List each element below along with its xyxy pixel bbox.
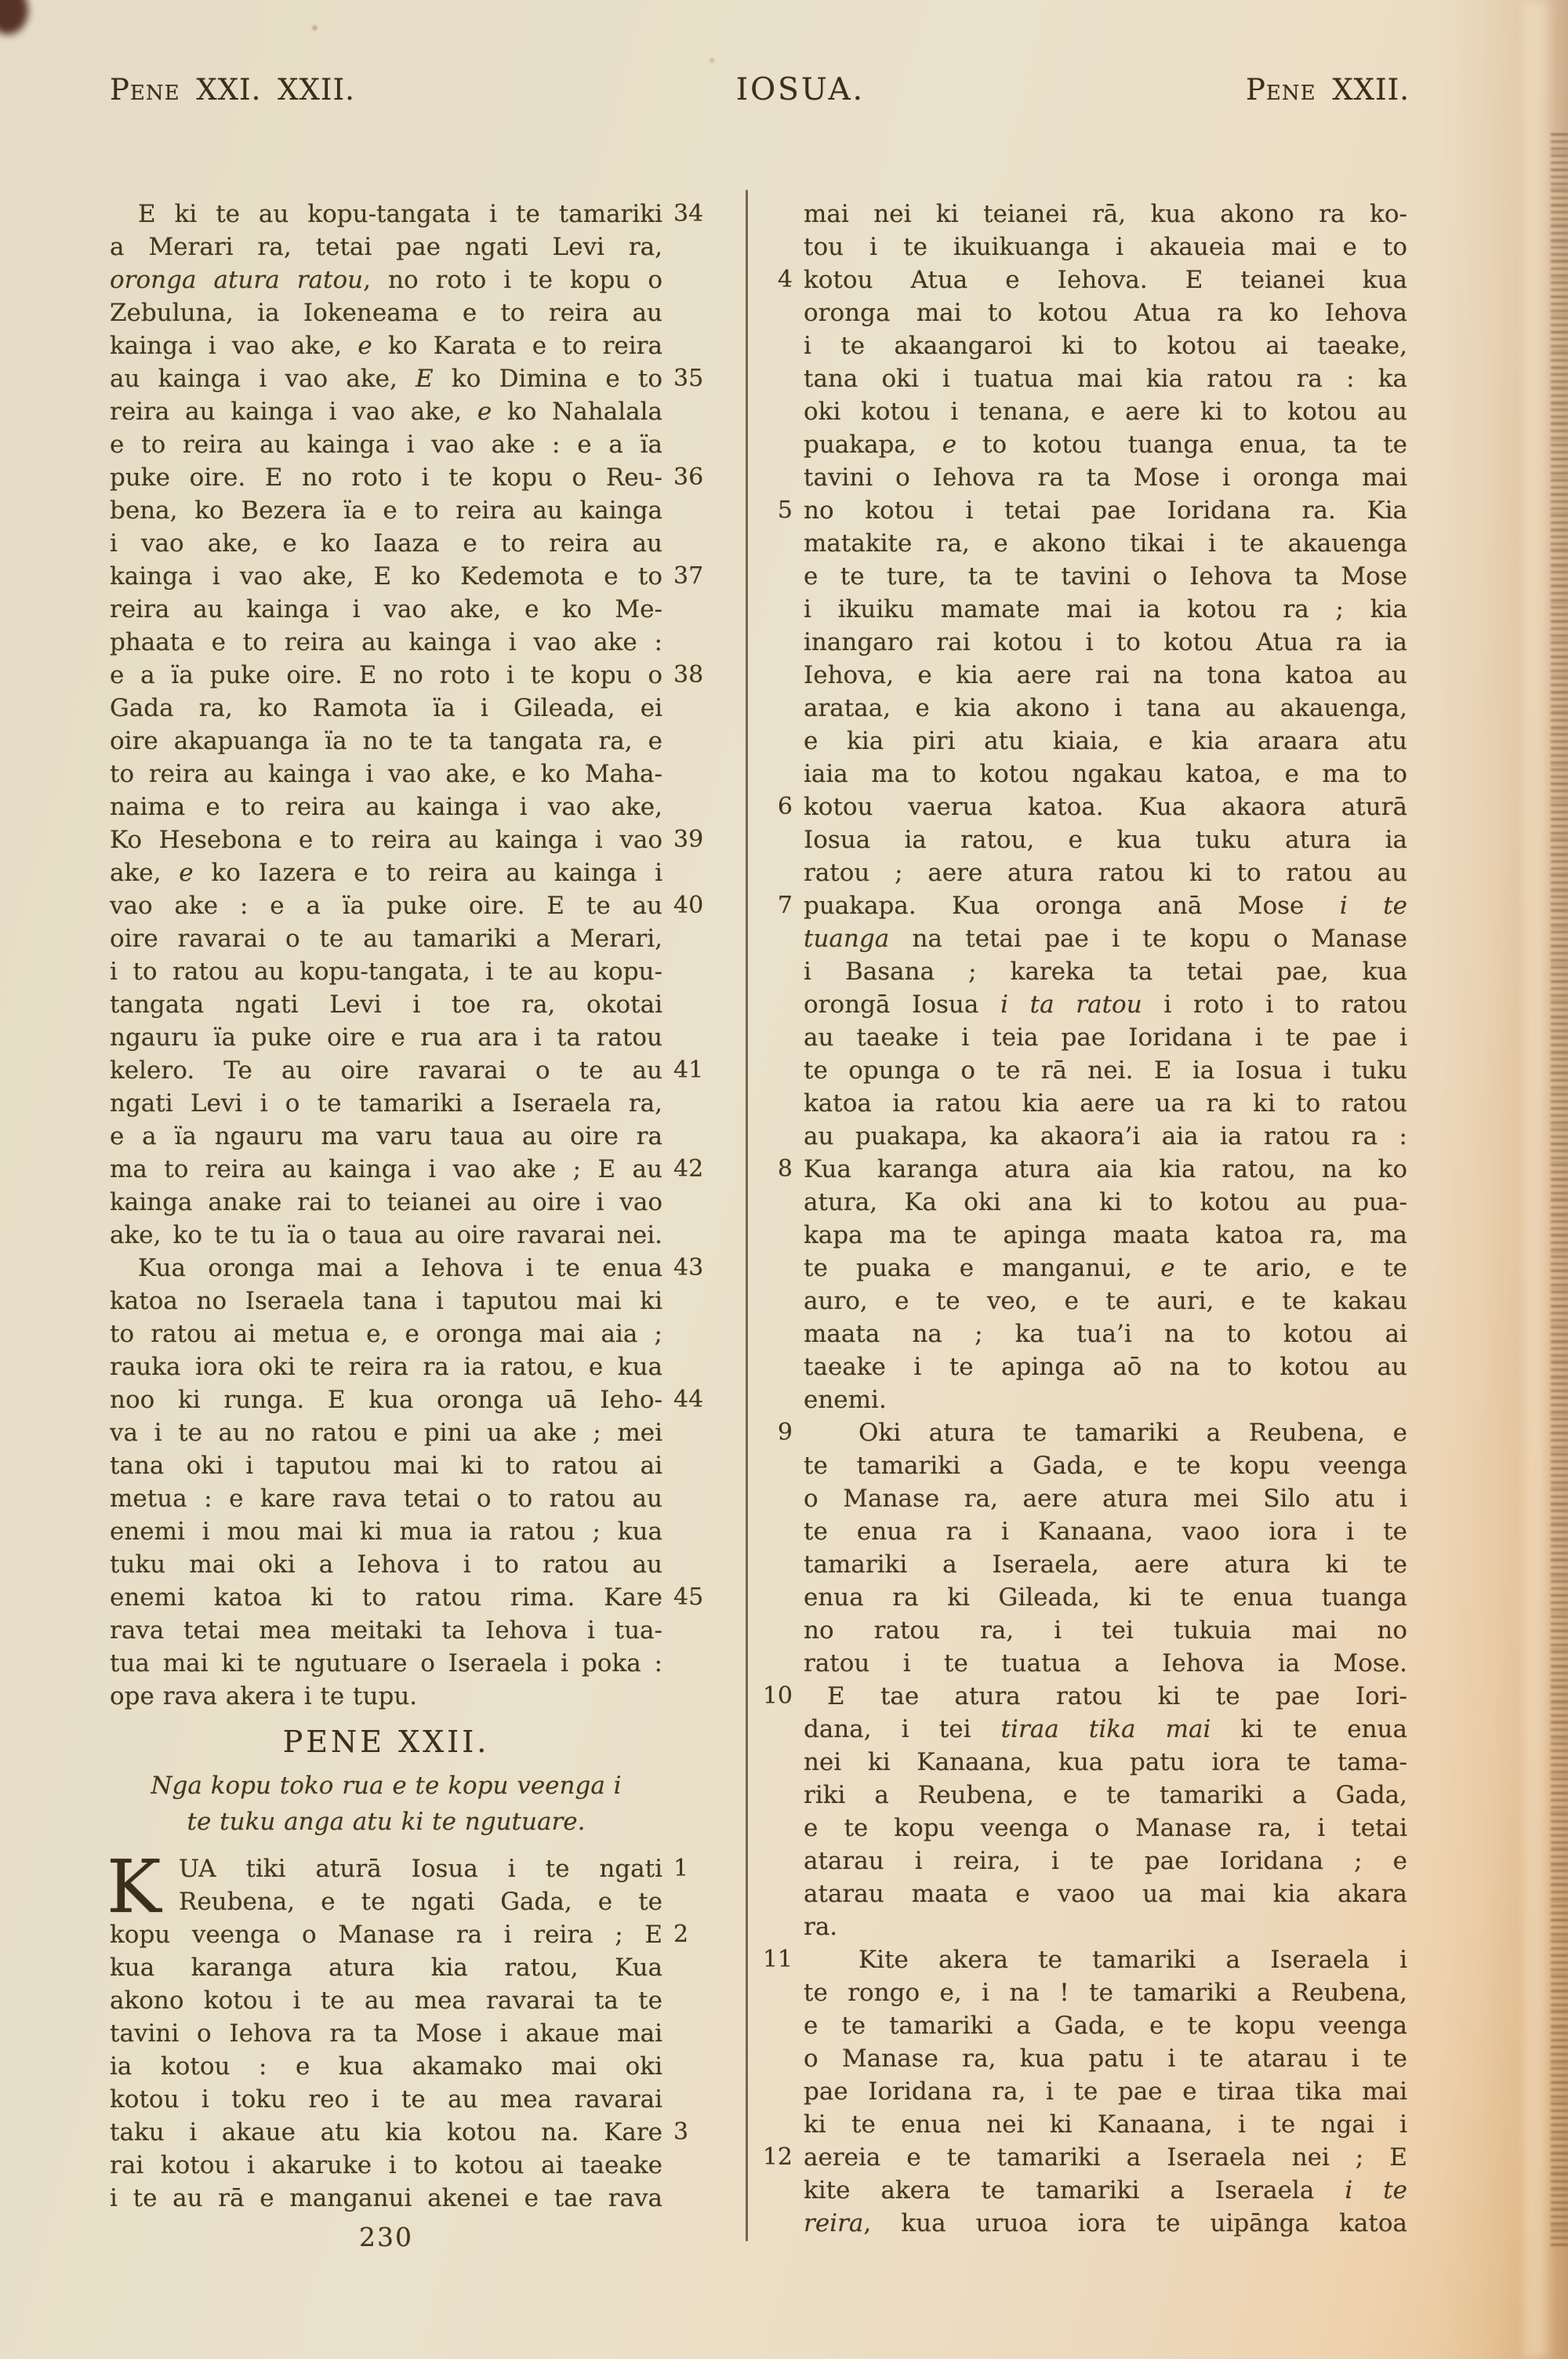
text-line: ratou i te tuatua a Iehova ia Mose. [804,1647,1407,1680]
text-line: kainga anake rai to teianei au oire i va… [110,1186,662,1219]
verse-number: 38 [673,659,703,692]
line-text: te enua ra i Kanaana, vaoo iora i te [804,1515,1407,1548]
text-line: Ko Hesebona e to reira au kainga i vao39 [110,823,662,856]
text-line: to ratou ai metua e, e oronga mai aia ; [110,1318,662,1350]
verse-number: 39 [673,823,703,856]
text-line: iaia ma to kotou ngakau katoa, e ma to [804,758,1407,791]
line-text: metua : e kare rava tetai o to ratou au [110,1482,662,1515]
text-line: i vao ake, e ko Iaaza e to reira au [110,527,662,560]
text-line: matakite ra, e akono tikai i te akauenga [804,527,1407,560]
text-line: i Basana ; kareka ta tetai pae, kua [804,955,1407,988]
line-text: to reira au kainga i vao ake, e ko Maha- [110,758,662,791]
line-text: reira, kua uruoa iora te uipānga katoa [804,2207,1407,2240]
text-line: naima e to reira au kainga i vao ake, [110,791,662,823]
line-text: orongā Iosua i ta ratou i roto i to rato… [804,988,1407,1021]
line-text: au kainga i vao ake, E ko Dimina e to [110,362,662,395]
verse-number: 42 [673,1153,703,1186]
text-line: e kia piri atu kiaia, e kia araara atu [804,725,1407,758]
text-line: pae Ioridana ra, i te pae e tiraa tika m… [804,2075,1407,2108]
text-line: oronga atura ratou, no roto i te kopu o [110,264,662,296]
text-line: oki kotou i tenana, e aere ki to kotou a… [804,395,1407,428]
line-text: e to reira au kainga i vao ake : e a ïa [110,428,662,461]
line-text: kua karanga atura kia ratou, Kua [110,1951,662,1984]
fore-edge [1435,0,1568,2359]
line-text: e te kopu veenga o Manase ra, i tetai [804,1812,1407,1845]
text-line: atarau i reira, i te pae Ioridana ; e [804,1845,1407,1877]
text-line: taeake i te apinga aō na to kotou au [804,1350,1407,1383]
text-line: oire ravarai o te au tamariki a Merari, [110,922,662,955]
line-text: riki a Reubena, e te tamariki a Gada, [804,1779,1407,1812]
text-line: enemi katoa ki to ratou rima. Kare45 [110,1581,662,1614]
text-line: UA tiki aturā Iosua i te ngatiK1 [110,1852,662,1885]
line-text: pae Ioridana ra, i te pae e tiraa tika m… [804,2075,1407,2108]
line-text: kopu veenga o Manase ra i reira ; E [110,1918,662,1951]
text-line: reira, kua uruoa iora te uipānga katoa [804,2207,1407,2240]
text-line: no kotou i tetai pae Ioridana ra. Kia5 [804,494,1407,527]
line-text: i to ratou au kopu-tangata, i te au kopu… [110,955,662,988]
left-column: E ki te au kopu-tangata i te tamariki34a… [110,198,662,2257]
text-line: tavini o Iehova ra ta Mose i akaue mai [110,2017,662,2050]
line-text: ngati Levi i o te tamariki a Iseraela ra… [110,1087,662,1120]
line-text: Iosua ia ratou, e kua tuku atura ia [804,823,1407,856]
verse-number: 8 [778,1153,793,1186]
verse-number: 43 [673,1252,703,1285]
verse-number: 1 [673,1852,688,1885]
line-text: to ratou ai metua e, e oronga mai aia ; [110,1318,662,1350]
text-line: oire akapuanga ïa no te ta tangata ra, e [110,725,662,758]
line-text: ope rava akera i te tupu. [110,1680,662,1713]
line-text: taeake i te apinga aō na to kotou au [804,1350,1407,1383]
line-text: e te tamariki a Gada, e te kopu veenga [804,2009,1407,2042]
text-line: dana, i tei tiraa tika mai ki te enua [804,1713,1407,1746]
chapter-summary-line: Nga kopu toko rua e te kopu veenga i [110,1769,662,1805]
text-line: tuku mai oki a Iehova i to ratou au [110,1548,662,1581]
line-text: kainga i vao ake, e ko Karata e to reira [110,329,662,362]
text-line: puke oire. E no roto i te kopu o Reu-36 [110,461,662,494]
text-line: mai nei ki teianei rā, kua akono ra ko- [804,198,1407,231]
text-line: kua karanga atura kia ratou, Kua [110,1951,662,1984]
text-line: i ikuiku mamate mai ia kotou ra ; kia [804,593,1407,626]
verse-number: 12 [763,2141,793,2174]
text-line: e a ïa ngauru ma varu taua au oire ra [110,1120,662,1153]
line-text: o Manase ra, kua patu i te atarau i te [804,2042,1407,2075]
line-text: Kite akera te tamariki a Iseraela i [804,1943,1407,1976]
verse-number: 5 [778,494,793,527]
line-text: kapa ma te apinga maata katoa ra, ma [804,1219,1407,1252]
line-text: mai nei ki teianei rā, kua akono ra ko- [804,198,1407,231]
running-head-title: IOSUA. [736,72,865,107]
text-line: tou i te ikuikuanga i akaueia mai e to [804,231,1407,264]
running-head-right: Pene XXII. [1246,73,1410,107]
line-text: E tae atura ratou ki te pae Iori- [804,1680,1407,1713]
text-line: kotou i toku reo i te au mea ravarai [110,2083,662,2116]
line-text: tou i te ikuikuanga i akaueia mai e to [804,231,1407,264]
text-line: Gada ra, ko Ramota ïa i Gileada, ei [110,692,662,725]
verse-number: 34 [673,198,703,231]
line-text: tuanga na tetai pae i te kopu o Manase [804,922,1407,955]
line-text: oki kotou i tenana, e aere ki to kotou a… [804,395,1407,428]
text-line: enua ra ki Gileada, ki te enua tuanga [804,1581,1407,1614]
line-text: e kia piri atu kiaia, e kia araara atu [804,725,1407,758]
fore-edge-highlight [1524,0,1548,2359]
line-text: vao ake : e a ïa puke oire. E te au [110,889,662,922]
line-text: ratou ; aere atura ratou ki to ratou au [804,856,1407,889]
text-line: kelero. Te au oire ravarai o te au41 [110,1054,662,1087]
line-text: matakite ra, e akono tikai i te akauenga [804,527,1407,560]
text-line: e a ïa puke oire. E no roto i te kopu o3… [110,659,662,692]
text-line: ki te enua nei ki Kanaana, i te ngai i [804,2108,1407,2141]
paper-fleck [710,58,714,63]
text-line: i te au rā e manganui akenei e tae rava [110,2182,662,2215]
line-text: kotou vaerua katoa. Kua akaora aturā [804,791,1407,823]
line-text: arataa, e kia akono i tana au akauenga, [804,692,1407,725]
text-line: tana oki i taputou mai ki to ratou ai [110,1449,662,1482]
text-line: a Merari ra, tetai pae ngati Levi ra, [110,231,662,264]
text-line: rava tetai mea meitaki ta Iehova i tua- [110,1614,662,1647]
text-line: kainga i vao ake, E ko Kedemota e to37 [110,560,662,593]
verse-number: 45 [673,1581,703,1614]
line-text: reira au kainga i vao ake, e ko Nahalala [110,395,662,428]
right-column: mai nei ki teianei rā, kua akono ra ko-t… [804,198,1407,2240]
verse-number: 44 [673,1383,703,1416]
line-text: katoa no Iseraela tana i taputou mai ki [110,1285,662,1318]
text-line: riki a Reubena, e te tamariki a Gada, [804,1779,1407,1812]
text-line: tamariki a Iseraela, aere atura ki te [804,1548,1407,1581]
line-text: ake, e ko Iazera e to reira au kainga i [110,856,662,889]
text-line: te opunga o te rā nei. E ia Iosua i tuku [804,1054,1407,1087]
line-text: Gada ra, ko Ramota ïa i Gileada, ei [110,692,662,725]
verse-number: 3 [673,2116,688,2149]
text-line: Kite akera te tamariki a Iseraela i11 [804,1943,1407,1976]
text-line: inangaro rai kotou i to kotou Atua ra ia [804,626,1407,659]
text-line: puakapa. Kua oronga anā Mose i te7 [804,889,1407,922]
line-text: bena, ko Bezera ïa e to reira au kainga [110,494,662,527]
text-line: katoa ia ratou kia aere ua ra ki to rato… [804,1087,1407,1120]
text-line: Iosua ia ratou, e kua tuku atura ia [804,823,1407,856]
line-text: rava tetai mea meitaki ta Iehova i tua- [110,1614,662,1647]
text-line: nei ki Kanaana, kua patu iora te tama- [804,1746,1407,1779]
text-line: puakapa, e to kotou tuanga enua, ta te [804,428,1407,461]
text-line: kite akera te tamariki a Iseraela i te [804,2174,1407,2207]
line-text: ra. [804,1910,1407,1943]
verse-number: 4 [778,264,793,296]
text-line: E ki te au kopu-tangata i te tamariki34 [110,198,662,231]
line-text: maata na ; ka tua’i na to kotou ai [804,1318,1407,1350]
text-line: o Manase ra, kua patu i te atarau i te [804,2042,1407,2075]
line-text: atarau maata e vaoo ua mai kia akara [804,1877,1407,1910]
verse-number: 2 [673,1918,688,1951]
line-text: naima e to reira au kainga i vao ake, [110,791,662,823]
line-text: enemi katoa ki to ratou rima. Kare [110,1581,662,1614]
text-line: rauka iora oki te reira ra ia ratou, e k… [110,1350,662,1383]
chapter-heading: PENE XXII. [110,1725,662,1769]
text-line: ake, ko te tu ïa o taua au oire ravarai … [110,1219,662,1252]
running-head: Pene XXI. XXII. IOSUA. Pene XXII. [110,72,1410,107]
line-text: ia kotou : e kua akamako mai oki [110,2050,662,2083]
line-text: a Merari ra, tetai pae ngati Levi ra, [110,231,662,264]
line-text: tua mai ki te ngutuare o Iseraela i poka… [110,1647,662,1680]
verse-number: 37 [673,560,703,593]
line-text: Zebuluna, ia Iokeneama e to reira au [110,296,662,329]
text-line: au puakapa, ka akaora’i aia ia ratou ra … [804,1120,1407,1153]
text-line: akono kotou i te au mea ravarai ta te [110,1984,662,2017]
line-text: kelero. Te au oire ravarai o te au [110,1054,662,1087]
line-text: kotou Atua e Iehova. E teianei kua [804,264,1407,296]
text-line: Reubena, e te ngati Gada, e te [110,1885,662,1918]
line-text: te rongo e, i na ! te tamariki a Reubena… [804,1976,1407,2009]
line-text: oronga atura ratou, no roto i te kopu o [110,264,662,296]
line-text: tangata ngati Levi i toe ra, okotai [110,988,662,1021]
text-line: kotou vaerua katoa. Kua akaora aturā6 [804,791,1407,823]
text-line: te rongo e, i na ! te tamariki a Reubena… [804,1976,1407,2009]
book-page: { "header": { "left": "Pene XXI. XXII.",… [0,0,1568,2359]
line-text: rai kotou i akaruke i to kotou ai taeake [110,2149,662,2182]
line-text: kainga i vao ake, E ko Kedemota e to [110,560,662,593]
line-text: ake, ko te tu ïa o taua au oire ravarai … [110,1219,662,1252]
chapter-summary-line: te tuku anga atu ki te ngutuare. [110,1805,662,1841]
line-text: i ikuiku mamate mai ia kotou ra ; kia [804,593,1407,626]
text-line: atarau maata e vaoo ua mai kia akara [804,1877,1407,1910]
text-line: tavini o Iehova ra ta Mose i oronga mai [804,461,1407,494]
text-line: kainga i vao ake, e ko Karata e to reira [110,329,662,362]
line-text: Kua karanga atura aia kia ratou, na ko [804,1153,1407,1186]
line-text: dana, i tei tiraa tika mai ki te enua [804,1713,1407,1746]
line-text: oronga mai to kotou Atua ra ko Iehova [804,296,1407,329]
line-text: te tamariki a Gada, e te kopu veenga [804,1449,1407,1482]
line-text: te puaka e manganui, e te ario, e te [804,1252,1407,1285]
text-line: enemi i mou mai ki mua ia ratou ; kua [110,1515,662,1548]
line-text: katoa ia ratou kia aere ua ra ki to rato… [804,1087,1407,1120]
line-text: i Basana ; kareka ta tetai pae, kua [804,955,1407,988]
verse-number: 41 [673,1054,703,1087]
line-text: tana oki i tuatua mai kia ratou ra : ka [804,362,1407,395]
line-text: ratou i te tuatua a Iehova ia Mose. [804,1647,1407,1680]
line-text: tavini o Iehova ra ta Mose i oronga mai [804,461,1407,494]
line-text: enemi i mou mai ki mua ia ratou ; kua [110,1515,662,1548]
line-text: inangaro rai kotou i to kotou Atua ra ia [804,626,1407,659]
text-line: tua mai ki te ngutuare o Iseraela i poka… [110,1647,662,1680]
text-line: arataa, e kia akono i tana au akauenga, [804,692,1407,725]
line-text: e a ïa ngauru ma varu taua au oire ra [110,1120,662,1153]
text-line: e to reira au kainga i vao ake : e a ïa [110,428,662,461]
line-text: i vao ake, e ko Iaaza e to reira au [110,527,662,560]
text-line: ngauru ïa puke oire e rua ara i ta ratou [110,1021,662,1054]
paper-fleck [312,25,318,31]
line-text: va i te au no ratou e pini ua ake ; mei [110,1416,662,1449]
text-line: ngati Levi i o te tamariki a Iseraela ra… [110,1087,662,1120]
line-text: kite akera te tamariki a Iseraela i te [804,2174,1407,2207]
fore-edge-text [1551,133,1568,2251]
text-line: ia kotou : e kua akamako mai oki [110,2050,662,2083]
line-text: i te au rā e manganui akenei e tae rava [110,2182,662,2215]
line-text: Iehova, e kia aere rai na tona katoa au [804,659,1407,692]
line-text: UA tiki aturā Iosua i te ngati [110,1852,662,1885]
text-line: Kua karanga atura aia kia ratou, na ko8 [804,1153,1407,1186]
text-line: e te tamariki a Gada, e te kopu veenga [804,2009,1407,2042]
text-line: aereia e te tamariki a Iseraela nei ; E1… [804,2141,1407,2174]
line-text: enua ra ki Gileada, ki te enua tuanga [804,1581,1407,1614]
text-line: no ratou ra, i tei tukuia mai no [804,1614,1407,1647]
line-text: kainga anake rai to teianei au oire i va… [110,1186,662,1219]
line-text: no ratou ra, i tei tukuia mai no [804,1614,1407,1647]
line-text: tana oki i taputou mai ki to ratou ai [110,1449,662,1482]
line-text: iaia ma to kotou ngakau katoa, e ma to [804,758,1407,791]
text-line: kapa ma te apinga maata katoa ra, ma [804,1219,1407,1252]
line-text: Reubena, e te ngati Gada, e te [110,1885,662,1918]
verse-number: 7 [778,889,793,922]
line-text: atura, Ka oki ana ki to kotou au pua- [804,1186,1407,1219]
text-line: oronga mai to kotou Atua ra ko Iehova [804,296,1407,329]
verse-number: 10 [763,1680,793,1713]
text-line: orongā Iosua i ta ratou i roto i to rato… [804,988,1407,1021]
text-line: reira au kainga i vao ake, e ko Me- [110,593,662,626]
text-line: i te akaangaroi ki to kotou ai taeake, [804,329,1407,362]
text-line: bena, ko Bezera ïa e to reira au kainga [110,494,662,527]
line-text: puakapa. Kua oronga anā Mose i te [804,889,1407,922]
line-text: noo ki runga. E kua oronga uā Ieho- [110,1383,662,1416]
text-line: ra. [804,1910,1407,1943]
verse-number: 11 [763,1943,793,1976]
text-line: E tae atura ratou ki te pae Iori-10 [804,1680,1407,1713]
line-text: atarau i reira, i te pae Ioridana ; e [804,1845,1407,1877]
line-text: rauka iora oki te reira ra ia ratou, e k… [110,1350,662,1383]
text-line: katoa no Iseraela tana i taputou mai ki [110,1285,662,1318]
line-text: au taeake i teia pae Ioridana i te pae i [804,1021,1407,1054]
text-line: to reira au kainga i vao ake, e ko Maha- [110,758,662,791]
line-text: o Manase ra, aere atura mei Silo atu i [804,1482,1407,1515]
line-text: auro, e te veo, e te auri, e te kakau [804,1285,1407,1318]
text-line: e te ture, ta te tavini o Iehova ta Mose [804,560,1407,593]
line-text: E ki te au kopu-tangata i te tamariki [110,198,662,231]
text-line: noo ki runga. E kua oronga uā Ieho-44 [110,1383,662,1416]
line-text: nei ki Kanaana, kua patu iora te tama- [804,1746,1407,1779]
line-text: puke oire. E no roto i te kopu o Reu- [110,461,662,494]
text-line: ratou ; aere atura ratou ki to ratou au [804,856,1407,889]
text-line: Zebuluna, ia Iokeneama e to reira au [110,296,662,329]
verse-number: 36 [673,461,703,494]
text-line: au kainga i vao ake, E ko Dimina e to35 [110,362,662,395]
text-line: phaata e to reira au kainga i vao ake : [110,626,662,659]
line-text: oire ravarai o te au tamariki a Merari, [110,922,662,955]
text-line: ake, e ko Iazera e to reira au kainga i [110,856,662,889]
text-line: tana oki i tuatua mai kia ratou ra : ka [804,362,1407,395]
text-line: au taeake i teia pae Ioridana i te pae i [804,1021,1407,1054]
text-line: reira au kainga i vao ake, e ko Nahalala [110,395,662,428]
line-text: kotou i toku reo i te au mea ravarai [110,2083,662,2116]
line-text: e a ïa puke oire. E no roto i te kopu o [110,659,662,692]
text-line: tuanga na tetai pae i te kopu o Manase [804,922,1407,955]
text-line: kopu veenga o Manase ra i reira ; E2 [110,1918,662,1951]
text-line: atura, Ka oki ana ki to kotou au pua- [804,1186,1407,1219]
text-line: maata na ; ka tua’i na to kotou ai [804,1318,1407,1350]
line-text: tavini o Iehova ra ta Mose i akaue mai [110,2017,662,2050]
text-line: tangata ngati Levi i toe ra, okotai [110,988,662,1021]
text-line: te tamariki a Gada, e te kopu veenga [804,1449,1407,1482]
line-text: reira au kainga i vao ake, e ko Me- [110,593,662,626]
line-text: oire akapuanga ïa no te ta tangata ra, e [110,725,662,758]
text-line: Kua oronga mai a Iehova i te enua43 [110,1252,662,1285]
line-text: aereia e te tamariki a Iseraela nei ; E [804,2141,1407,2174]
text-line: te enua ra i Kanaana, vaoo iora i te [804,1515,1407,1548]
text-line: va i te au no ratou e pini ua ake ; mei [110,1416,662,1449]
text-line: o Manase ra, aere atura mei Silo atu i [804,1482,1407,1515]
line-text: te opunga o te rā nei. E ia Iosua i tuku [804,1054,1407,1087]
line-text: enemi. [804,1383,1407,1416]
text-line: Iehova, e kia aere rai na tona katoa au [804,659,1407,692]
column-divider [746,190,748,2241]
corner-stain [0,0,28,35]
line-text: Kua oronga mai a Iehova i te enua [110,1252,662,1285]
text-line: ope rava akera i te tupu. [110,1680,662,1713]
line-text: ngauru ïa puke oire e rua ara i ta ratou [110,1021,662,1054]
page-number: 230 [110,2221,662,2257]
text-line: te puaka e manganui, e te ario, e te [804,1252,1407,1285]
line-text: akono kotou i te au mea ravarai ta te [110,1984,662,2017]
line-text: phaata e to reira au kainga i vao ake : [110,626,662,659]
line-text: no kotou i tetai pae Ioridana ra. Kia [804,494,1407,527]
text-line: metua : e kare rava tetai o to ratou au [110,1482,662,1515]
line-text: Ko Hesebona e to reira au kainga i vao [110,823,662,856]
text-line: Oki atura te tamariki a Reubena, e9 [804,1416,1407,1449]
text-line: i to ratou au kopu-tangata, i te au kopu… [110,955,662,988]
line-text: i te akaangaroi ki to kotou ai taeake, [804,329,1407,362]
line-text: e te ture, ta te tavini o Iehova ta Mose [804,560,1407,593]
running-head-left: Pene XXI. XXII. [110,73,355,107]
line-text: ma to reira au kainga i vao ake ; E au [110,1153,662,1186]
text-line: taku i akaue atu kia kotou na. Kare3 [110,2116,662,2149]
line-text: au puakapa, ka akaora’i aia ia ratou ra … [804,1120,1407,1153]
text-line: e te kopu veenga o Manase ra, i tetai [804,1812,1407,1845]
text-line: auro, e te veo, e te auri, e te kakau [804,1285,1407,1318]
line-text: taku i akaue atu kia kotou na. Kare [110,2116,662,2149]
verse-number: 6 [778,791,793,823]
text-line: vao ake : e a ïa puke oire. E te au40 [110,889,662,922]
line-text: tamariki a Iseraela, aere atura ki te [804,1548,1407,1581]
verse-number: 40 [673,889,703,922]
line-text: tuku mai oki a Iehova i to ratou au [110,1548,662,1581]
line-text: ki te enua nei ki Kanaana, i te ngai i [804,2108,1407,2141]
text-line: ma to reira au kainga i vao ake ; E au42 [110,1153,662,1186]
text-line: kotou Atua e Iehova. E teianei kua4 [804,264,1407,296]
verse-number: 9 [778,1416,793,1449]
line-text: puakapa, e to kotou tuanga enua, ta te [804,428,1407,461]
text-line: rai kotou i akaruke i to kotou ai taeake [110,2149,662,2182]
verse-number: 35 [673,362,703,395]
text-line: enemi. [804,1383,1407,1416]
line-text: Oki atura te tamariki a Reubena, e [804,1416,1407,1449]
